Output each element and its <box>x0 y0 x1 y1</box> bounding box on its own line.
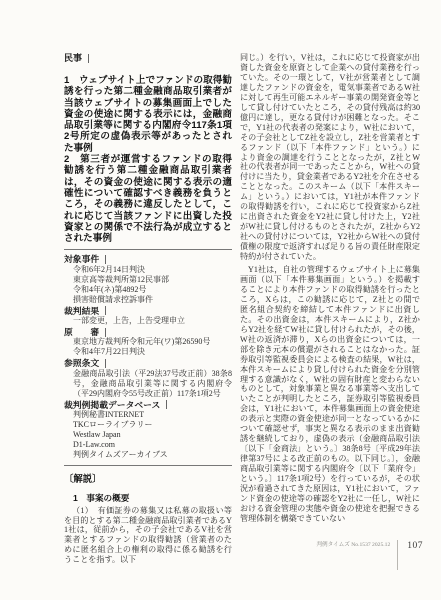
meta-lines-target-case: 令和6年2月14日判決 東京高等裁判所第12民事部 令和4年(ネ)第4892号 … <box>64 265 232 305</box>
meta-line: D1-Law.com <box>73 440 232 450</box>
label-divider-bar <box>105 306 106 315</box>
page-number: 107 <box>407 540 423 552</box>
meta-label-lower-court: 原 審 <box>64 327 232 338</box>
commentary-paragraph-right-a: 同じ。）を行い，V社は，これに応じて投資家が出資した資金を原資として企業への貸付… <box>240 53 420 262</box>
meta-divider-rule <box>64 465 232 466</box>
page-footer: 判例タイムズ No.1537 2025.12 107 <box>316 540 423 570</box>
meta-line: 令和4年7月22日判決 <box>73 347 232 357</box>
label-divider-bar <box>105 255 106 264</box>
meta-section-result: 裁判結果 一部変更，上告，上告受理申立 <box>64 306 232 326</box>
meta-label-target-case: 対象事件 <box>64 254 232 265</box>
meta-line: 令和4年(ネ)第4892号 <box>73 285 232 295</box>
meta-line: 令和6年2月14日判決 <box>73 265 232 275</box>
headline-divider-rule <box>64 249 232 250</box>
meta-line: 東京高等裁判所第12民事部 <box>73 275 232 285</box>
headline-item-1: 1 ウェブサイト上でファンドの取得勧誘を行った第二種金融商品取引業者が当該ウェブ… <box>64 75 232 154</box>
meta-label-text: 原 審 <box>64 327 99 338</box>
two-column-layout: 民事 1 ウェブサイト上でファンドの取得勧誘を行った第二種金融商品取引業者が当該… <box>64 53 420 565</box>
meta-label-text: 参照条文 <box>64 358 99 369</box>
meta-section-target-case: 対象事件 令和6年2月14日判決 東京高等裁判所第12民事部 令和4年(ネ)第4… <box>64 254 232 304</box>
label-divider-bar <box>105 328 106 337</box>
meta-line: 東京地方裁判所令和元年(ワ)第26590号 <box>73 337 232 347</box>
right-column: 同じ。）を行い，V社は，これに応じて投資家が出資した資金を原資として企業への貸付… <box>240 53 420 537</box>
meta-line: 損害賠償請求控訴事件 <box>73 295 232 305</box>
label-divider-bar <box>166 400 167 409</box>
meta-label-text: 裁判例掲載データベース <box>64 400 160 411</box>
meta-label-result: 裁判結果 <box>64 306 232 317</box>
meta-label-statutes: 参照条文 <box>64 358 232 369</box>
category-label: 民事 <box>64 53 232 64</box>
meta-lines-lower-court: 東京地方裁判所令和元年(ワ)第26590号 令和4年7月22日判決 <box>64 337 232 357</box>
meta-lines-result: 一部変更，上告，上告受理申立 <box>64 316 232 326</box>
commentary-heading-1: 1 事案の概要 <box>64 493 232 503</box>
footer-divider-bar <box>397 540 398 570</box>
category-label-text: 民事 <box>64 53 82 64</box>
meta-line: 判例タイムズアーカイブス <box>73 450 232 460</box>
commentary-title: 〔解説〕 <box>64 473 232 485</box>
meta-line: Westlaw Japan <box>73 430 232 440</box>
meta-line: 金融商品取引法（平29法37号改正前）38条8号，金融商品取引業等に関する内閣府… <box>73 369 232 399</box>
category-divider-bar <box>88 54 89 63</box>
meta-line: 一部変更，上告，上告受理申立 <box>73 316 232 326</box>
meta-section-statutes: 参照条文 金融商品取引法（平29法37号改正前）38条8号，金融商品取引業等に関… <box>64 358 232 398</box>
case-headline: 1 ウェブサイト上でファンドの取得勧誘を行った第二種金融商品取引業者が当該ウェブ… <box>64 75 232 244</box>
label-divider-bar <box>105 359 106 368</box>
journal-issue-label: 判例タイムズ No.1537 2025.12 <box>316 540 390 550</box>
meta-lines-databases: 判例秘書INTERNET TKCローライブラリー Westlaw Japan D… <box>64 410 232 460</box>
left-column: 民事 1 ウェブサイト上でファンドの取得勧誘を行った第二種金融商品取引業者が当該… <box>64 53 232 565</box>
meta-label-text: 対象事件 <box>64 254 99 265</box>
meta-label-databases: 裁判例掲載データベース <box>64 400 232 411</box>
meta-section-databases: 裁判例掲載データベース 判例秘書INTERNET TKCローライブラリー Wes… <box>64 400 232 460</box>
meta-line: 判例秘書INTERNET <box>73 410 232 420</box>
journal-page: 民事 1 ウェブサイト上でファンドの取得勧誘を行った第二種金融商品取引業者が当該… <box>0 0 441 600</box>
meta-label-text: 裁判結果 <box>64 306 99 317</box>
meta-section-lower-court: 原 審 東京地方裁判所令和元年(ワ)第26590号 令和4年7月22日判決 <box>64 327 232 357</box>
meta-lines-statutes: 金融商品取引法（平29法37号改正前）38条8号，金融商品取引業等に関する内閣府… <box>64 369 232 399</box>
headline-item-2: 2 第三者が運営するファンドの取得勧誘を行う第二種金融商品取引業者は，その資金の… <box>64 154 232 244</box>
commentary-paragraph-left: （1） 有価証券の募集又は私募の取扱い等を目的とする第二種金融商品取引業者である… <box>64 506 232 566</box>
meta-line: TKCローライブラリー <box>73 420 232 430</box>
commentary-paragraph-right-b: Y1社は，自社の管理するウェブサイト上に募集画面（以下「本件募集画面」という。）… <box>240 265 420 524</box>
